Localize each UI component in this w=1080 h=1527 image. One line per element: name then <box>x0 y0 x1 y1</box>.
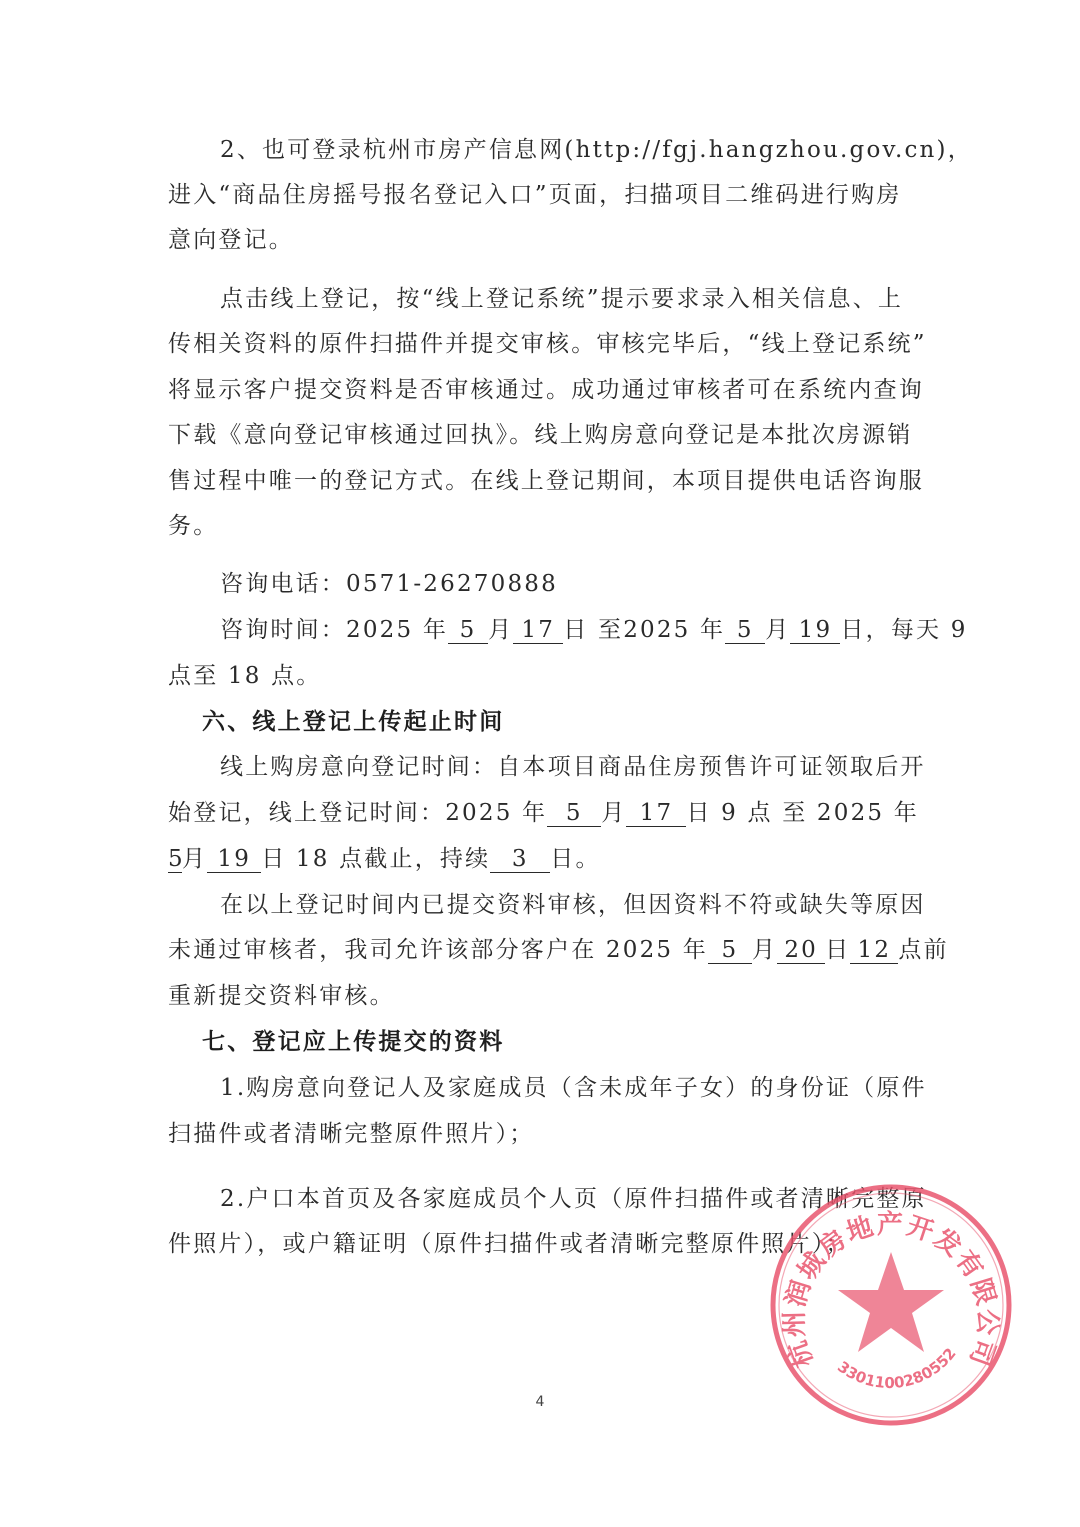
unit: 年 <box>700 617 725 643</box>
list-item-line: 扫描件或者清晰完整原件照片）； <box>168 1119 928 1149</box>
paragraph-line: 下载《意向登记审核通过回执》。线上购房意向登记是本批次房源销 <box>168 420 928 450</box>
paragraph-line: 进入“商品住房摇号报名登记入口”页面，扫描项目二维码进行购房 <box>168 180 928 210</box>
consult-phone-value: 0571-26270888 <box>346 571 558 597</box>
end-day: 19 <box>207 846 261 873</box>
paragraph-line: 将显示客户提交资料是否审核通过。成功通过审核者可在系统内查询 <box>168 375 928 405</box>
consult-time: 咨询时间：2025 年5月17日 至2025 年5月19日，每天 9 <box>220 615 928 645</box>
seal-code: 3301100280552 <box>834 1344 960 1392</box>
paragraph-line: 售过程中唯一的登记方式。在线上登记期间，本项目提供电话咨询服 <box>168 466 928 496</box>
unit: 点前 <box>898 937 948 963</box>
text: 未通过审核者，我司允许该部分客户在 2025 年 <box>168 937 708 963</box>
unit: 年 <box>423 617 448 643</box>
consult-phone-label: 咨询电话： <box>220 571 346 597</box>
svg-text:3301100280552: 3301100280552 <box>834 1344 960 1392</box>
end-month: 5 <box>725 617 765 644</box>
text: 始登记，线上登记时间：2025 年 <box>168 800 547 826</box>
consult-time-tail: ，每天 9 <box>866 617 968 643</box>
paragraph-line: 意向登记。 <box>168 225 928 255</box>
paragraph-line: 在以上登记时间内已提交资料审核，但因资料不符或缺失等原因 <box>220 890 928 920</box>
end-day: 19 <box>790 617 840 644</box>
resubmit-month: 5 <box>708 937 752 964</box>
document-page: 2、也可登录杭州市房产信息网(http://fgj.hangzhou.gov.c… <box>0 0 1080 1527</box>
registration-end-line: 5月19日 18 点截止，持续3日。 <box>168 844 928 874</box>
start-month: 5 <box>547 800 601 827</box>
unit: 日 <box>825 937 850 963</box>
start-day: 17 <box>626 800 686 827</box>
text: 日 9 点 至 2025 年 <box>686 800 919 826</box>
unit: 月 <box>488 617 513 643</box>
start-month: 5 <box>448 617 488 644</box>
to-label: 至 <box>598 617 623 643</box>
unit: 月 <box>765 617 790 643</box>
paragraph-line: 点击线上登记，按“线上登记系统”提示要求录入相关信息、上 <box>220 284 928 314</box>
consult-time-label: 咨询时间： <box>220 617 346 643</box>
paragraph-line: 传相关资料的原件扫描件并提交审核。审核完毕后，“线上登记系统” <box>168 329 928 359</box>
company-seal-icon: 杭州润城房地产开发有限公司 3301100280552 <box>766 1180 1016 1430</box>
registration-time-line: 始登记，线上登记时间：2025 年5月17日 9 点 至 2025 年 <box>168 798 928 828</box>
end-year: 2025 <box>623 617 690 643</box>
unit: 月 <box>601 800 626 826</box>
consult-phone: 咨询电话：0571-26270888 <box>220 569 928 599</box>
resubmit-hour: 12 <box>850 937 898 964</box>
paragraph-line: 点至 18 点。 <box>168 661 928 691</box>
resubmit-deadline-line: 未通过审核者，我司允许该部分客户在 2025 年5月20日12点前 <box>168 935 928 965</box>
unit: 日 <box>563 617 588 643</box>
start-day: 17 <box>513 617 563 644</box>
duration-days: 3 <box>490 846 550 873</box>
paragraph-line: 重新提交资料审核。 <box>168 981 928 1011</box>
paragraph-line: 务。 <box>168 511 928 541</box>
section-heading: 七、登记应上传提交的资料 <box>202 1027 962 1057</box>
resubmit-day: 20 <box>777 937 825 964</box>
paragraph-line: 线上购房意向登记时间：自本项目商品住房预售许可证领取后开 <box>220 752 928 782</box>
paragraph-line: 2、也可登录杭州市房产信息网(http://fgj.hangzhou.gov.c… <box>220 135 928 165</box>
unit: 月 <box>752 937 777 963</box>
section-heading: 六、线上登记上传起止时间 <box>202 707 962 737</box>
page-number: 4 <box>0 1394 1080 1410</box>
unit: 日 <box>840 617 865 643</box>
unit: 月 <box>182 846 207 872</box>
end-month: 5 <box>168 846 182 873</box>
list-item-line: 1.购房意向登记人及家庭成员（含未成年子女）的身份证（原件 <box>220 1073 928 1103</box>
text: 日 18 点截止，持续 <box>261 846 490 872</box>
text: 日。 <box>550 846 600 872</box>
start-year: 2025 <box>346 617 413 643</box>
